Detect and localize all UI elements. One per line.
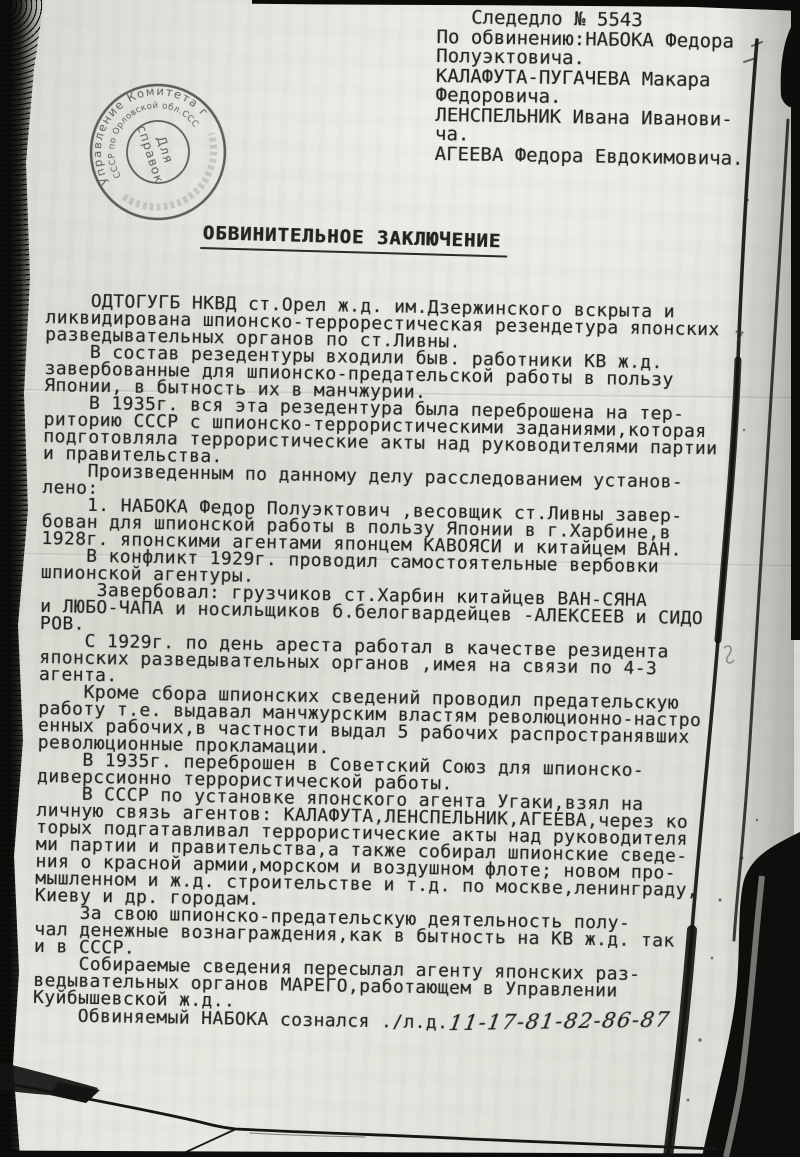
stamp-ring-text-outer: Управление Комитета гос.	[46, 40, 212, 201]
scan-artifact-page-bottom-line	[0, 1082, 716, 1152]
handwritten-sheet-numbers: 11-17-81-82-86-87	[447, 1012, 671, 1033]
case-header: Следедло № 5543 По обвинению:НАБОКА Федо…	[435, 8, 746, 169]
svg-text:СССР по Орловской обл.СССР: СССР по Орловской обл.СССР	[46, 52, 200, 203]
closing-line: Обвиняемый НАБОКА сознался ./л.д.11-17-8…	[33, 1006, 707, 1036]
stamp-center-line1: Для	[154, 134, 177, 166]
scan-artifact-right-bar	[791, 0, 800, 640]
scanned-document-page: Управление Комитета гос. СССР по Орловск…	[0, 0, 800, 1157]
stamp-outer-ring	[64, 58, 251, 245]
stamp-ring-text-inner: СССР по Орловской обл.СССР	[46, 52, 200, 203]
scan-artifact-pale-gap	[726, 876, 762, 1157]
body-text: ОДТОГУГБ НКВД ст.Орел ж.д. им.Дзержинско…	[33, 292, 720, 1018]
page-curl-shading	[722, 0, 794, 1157]
margin-mark-seven: 7	[732, 327, 745, 347]
scan-artifact-top-right-blob	[781, 14, 800, 107]
scan-artifact-bottom-right-mass	[702, 832, 800, 1157]
document-body: ОДТОГУГБ НКВД ст.Орел ж.д. им.Дзержинско…	[33, 292, 721, 1036]
stamp-center-line2: справок	[134, 123, 167, 185]
scan-artifact-bottom-left-fold	[0, 1062, 100, 1103]
margin-pencil-squiggle	[724, 646, 734, 663]
document-title: ОБВИНИТЕЛЬНОЕ ЗАКЛЮЧЕНИЕ	[200, 222, 507, 258]
scan-artifact-bottom-edge	[0, 1148, 726, 1157]
stamp-inner-ring	[115, 109, 202, 196]
stamp-bottom-smudge	[124, 133, 234, 228]
svg-text:Управление Комитета гос.: Управление Комитета гос.	[46, 40, 212, 201]
